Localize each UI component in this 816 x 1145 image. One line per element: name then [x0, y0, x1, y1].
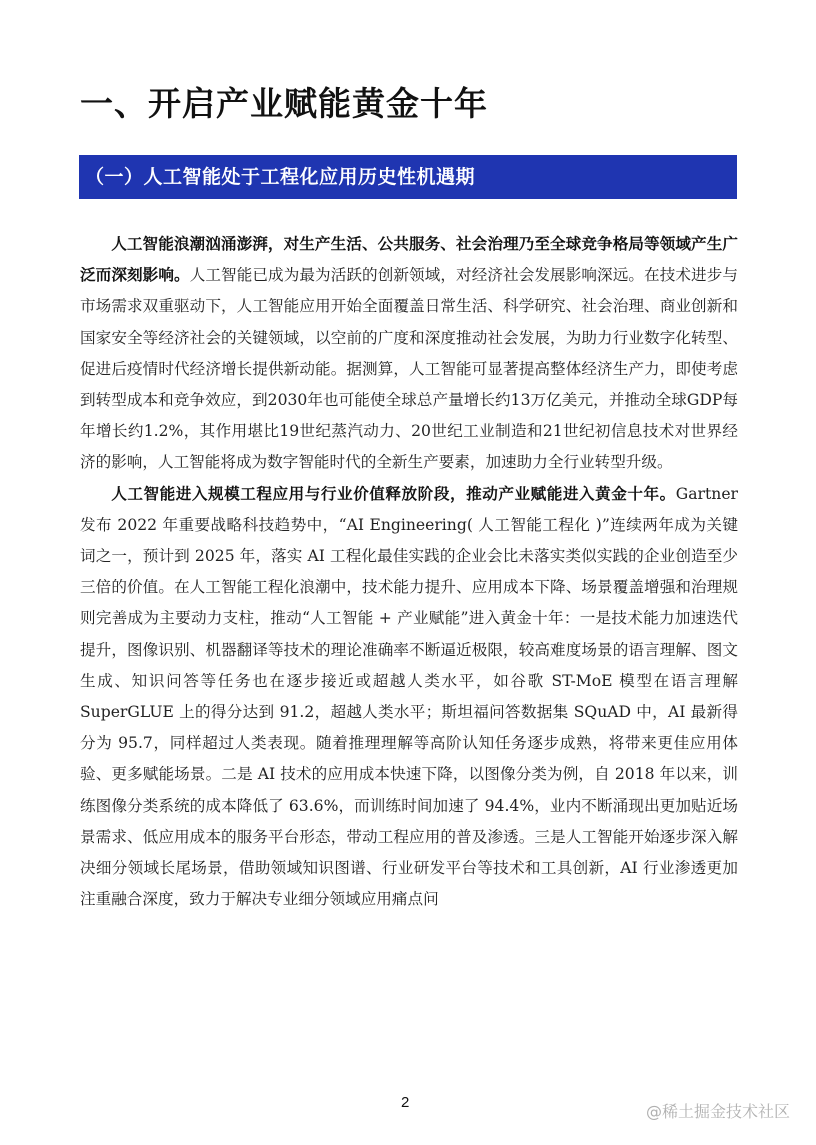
page-number: 2 [401, 1094, 409, 1111]
paragraph-2-bold-lead: 人工智能进入规模工程应用与行业价值释放阶段，推动产业赋能进入黄金十年。 [111, 485, 676, 503]
paragraph-2-text: Gartner 发布 2022 年重要战略科技趋势中，“AI Engineeri… [80, 485, 738, 909]
document-page: 一、开启产业赋能黄金十年 （一）人工智能处于工程化应用历史性机遇期 人工智能浪潮… [0, 0, 816, 1145]
section-banner: （一）人工智能处于工程化应用历史性机遇期 [79, 155, 737, 199]
watermark: @稀土掘金技术社区 [646, 1099, 790, 1122]
body-text: 人工智能浪潮汹涌澎湃，对生产生活、公共服务、社会治理乃至全球竞争格局等领域产生广… [80, 229, 738, 915]
paragraph-1-text: 人工智能已成为最为活跃的创新领域，对经济社会发展影响深远。在技术进步与市场需求双… [80, 266, 738, 471]
chapter-heading: 一、开启产业赋能黄金十年 [80, 82, 488, 126]
paragraph-2: 人工智能进入规模工程应用与行业价值释放阶段，推动产业赋能进入黄金十年。Gartn… [80, 479, 738, 916]
paragraph-1: 人工智能浪潮汹涌澎湃，对生产生活、公共服务、社会治理乃至全球竞争格局等领域产生广… [80, 229, 738, 479]
